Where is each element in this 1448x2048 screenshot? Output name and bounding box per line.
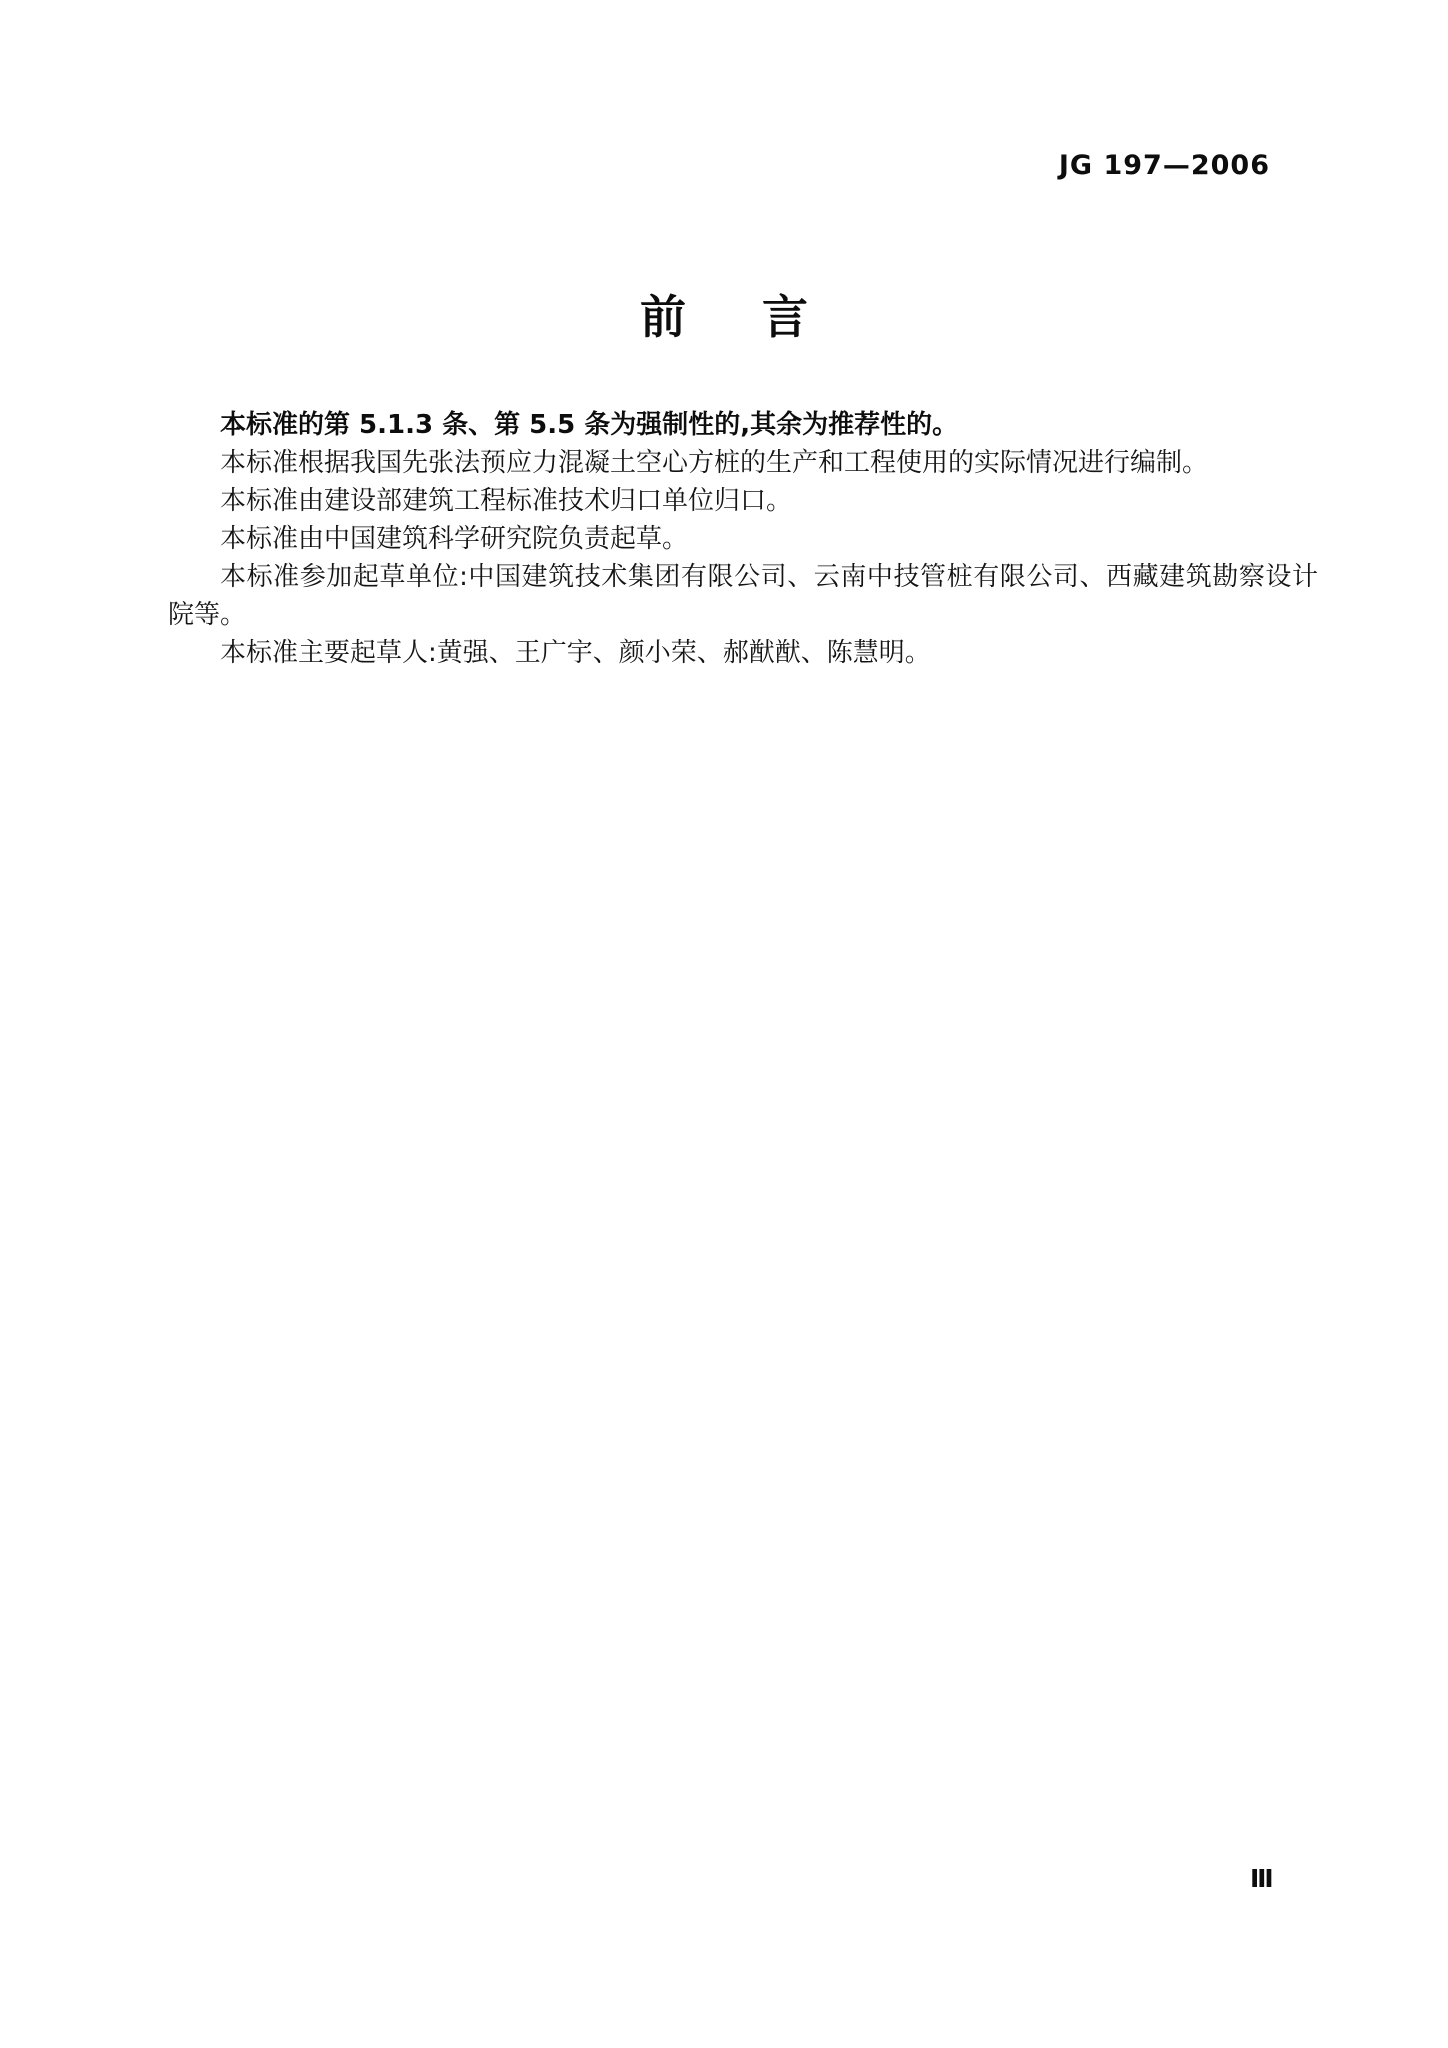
- paragraph-drafting-lead: 本标准由中国建筑科学研究院负责起草。: [168, 520, 1318, 558]
- page-title: 前 言: [0, 281, 1448, 347]
- paragraph-main-drafters: 本标准主要起草人:黄强、王广宇、颜小荣、郝猷猷、陈慧明。: [168, 634, 1318, 672]
- paragraph-basis: 本标准根据我国先张法预应力混凝土空心方桩的生产和工程使用的实际情况进行编制。: [168, 444, 1318, 482]
- paragraph-mandatory-clauses: 本标准的第 5.1.3 条、第 5.5 条为强制性的,其余为推荐性的。: [168, 406, 1318, 444]
- paragraph-participating-units: 本标准参加起草单位:中国建筑技术集团有限公司、云南中技管桩有限公司、西藏建筑勘察…: [168, 558, 1318, 634]
- standard-code-header: JG 197—2006: [1059, 150, 1270, 181]
- paragraph-centralized-unit: 本标准由建设部建筑工程标准技术归口单位归口。: [168, 482, 1318, 520]
- page-number: Ⅲ: [1250, 1864, 1274, 1893]
- foreword-body: 本标准的第 5.1.3 条、第 5.5 条为强制性的,其余为推荐性的。 本标准根…: [168, 406, 1318, 672]
- document-page: JG 197—2006 前 言 本标准的第 5.1.3 条、第 5.5 条为强制…: [0, 0, 1448, 2048]
